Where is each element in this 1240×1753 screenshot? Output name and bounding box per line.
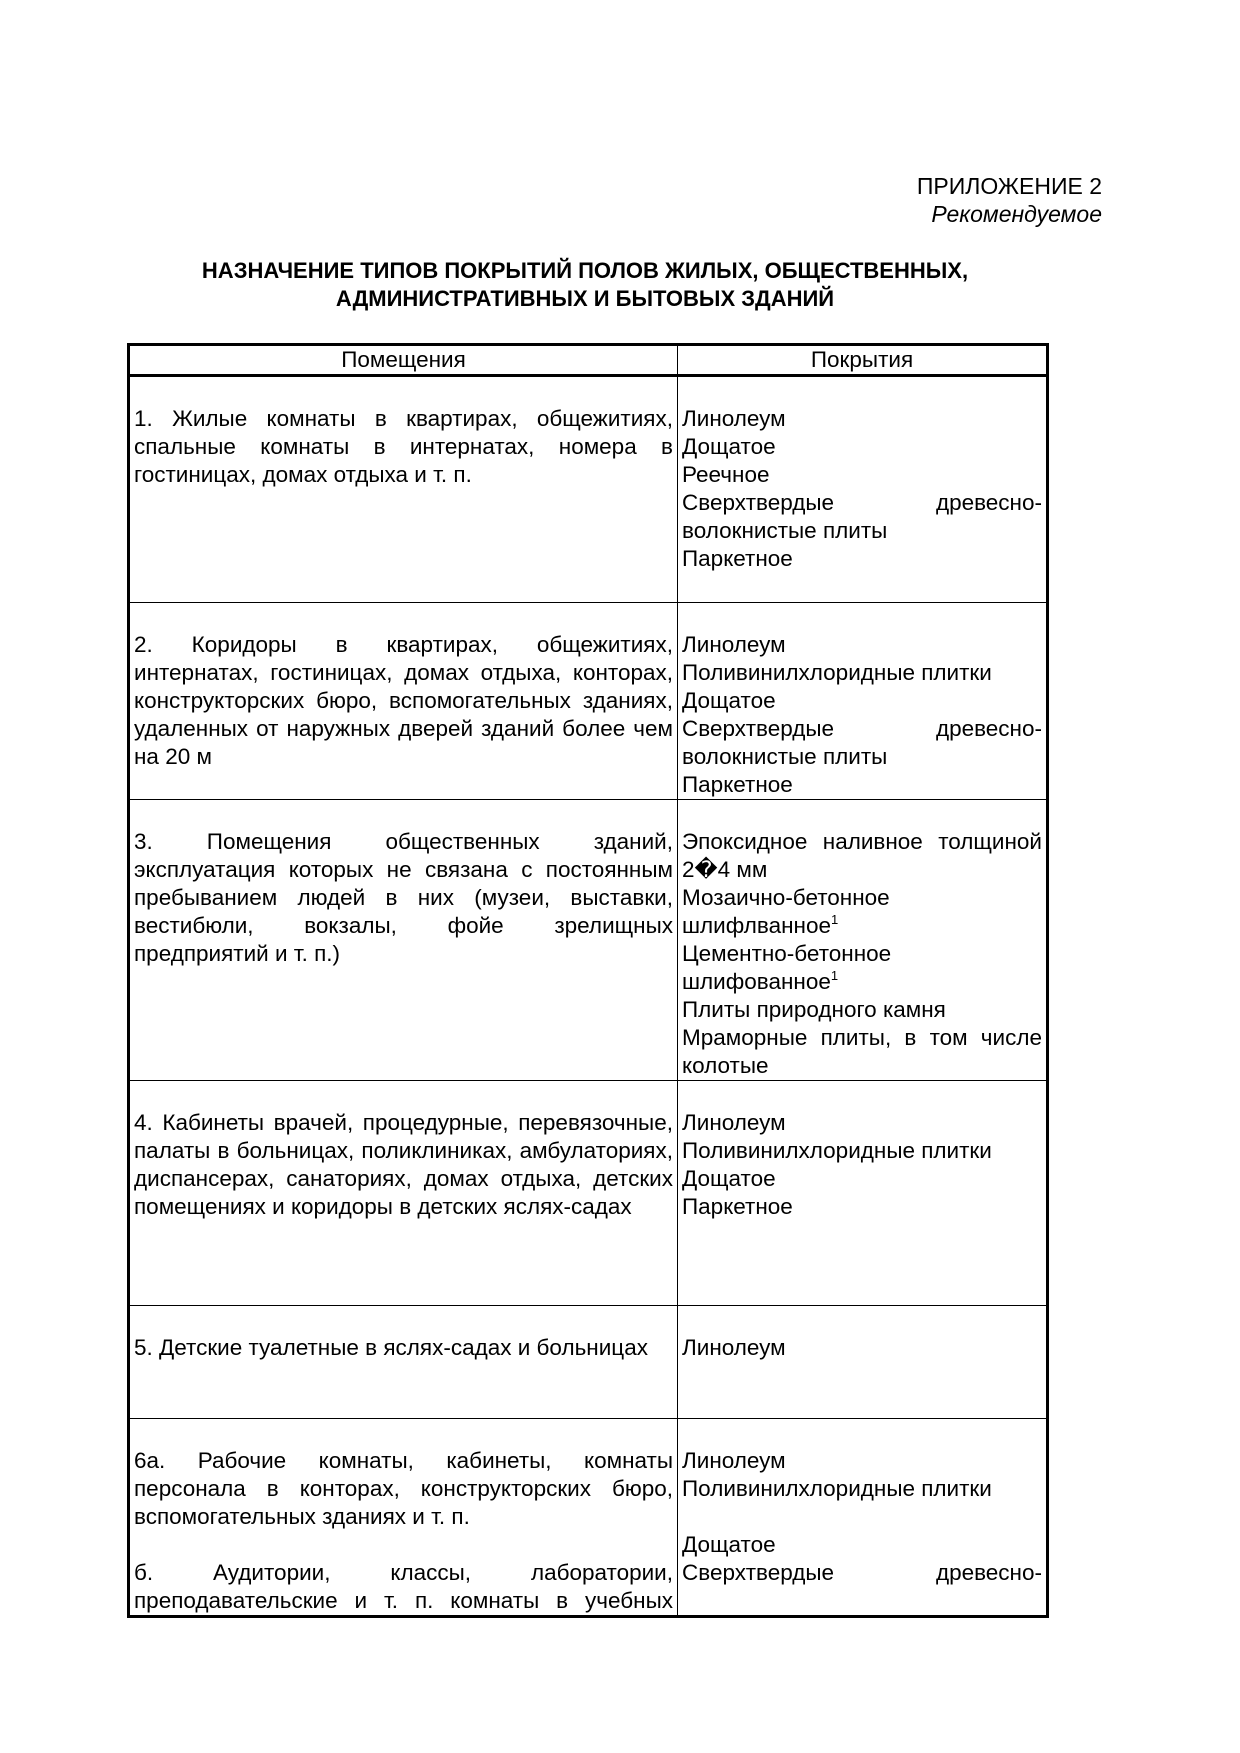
covering-item: Линолеум (682, 1109, 1042, 1137)
coverings-cell: Линолеум Поливинилхлоридные плитки Дощат… (678, 603, 1048, 800)
covering-item: Линолеум (682, 1334, 1042, 1362)
covering-item: Линолеум (682, 1447, 1042, 1475)
covering-item: Линолеум (682, 405, 1042, 433)
footnote-mark: 1 (831, 912, 838, 927)
coverings-cell: Эпоксидное наливное толщиной 2�4 мм Моза… (678, 800, 1048, 1081)
rooms-cell: 2. Коридоры в квартирах, общежитиях, инт… (129, 603, 678, 800)
covering-item: Паркетное (682, 771, 1042, 799)
column-header-coverings: Покрытия (678, 345, 1048, 376)
covering-item: Паркетное (682, 1193, 1042, 1221)
covering-text: Мозаично-бетонное шлифлванное (682, 885, 890, 938)
rooms-cell: 4. Кабинеты врачей, процедурные, перевяз… (129, 1081, 678, 1306)
paragraph-gap (682, 1503, 1042, 1531)
covering-item: Дощатое (682, 687, 1042, 715)
covering-item: Мраморные плиты, в том числе колотые (682, 1024, 1042, 1080)
table-row: 4. Кабинеты врачей, процедурные, перевяз… (129, 1081, 1048, 1306)
coverings-cell: Линолеум Поливинилхлоридные плитки Дощат… (678, 1081, 1048, 1306)
table-row: 6а. Рабочие комнаты, кабинеты, комнаты п… (129, 1419, 1048, 1617)
table-row: 3. Помещения общественных зданий, эксплу… (129, 800, 1048, 1081)
title-line-2: АДМИНИСТРАТИВНЫХ И БЫТОВЫХ ЗДАНИЙ (127, 285, 1043, 313)
coverings-cell: Линолеум Поливинилхлоридные плитки Дощат… (678, 1419, 1048, 1617)
covering-item: Поливинилхлоридные плитки (682, 1475, 1042, 1503)
paragraph-gap (134, 1531, 673, 1559)
appendix-header: ПРИЛОЖЕНИЕ 2 Рекомендуемое (917, 172, 1102, 228)
rooms-text-a: 6а. Рабочие комнаты, кабинеты, комнаты п… (134, 1447, 673, 1531)
title-line-1: НАЗНАЧЕНИЕ ТИПОВ ПОКРЫТИЙ ПОЛОВ ЖИЛЫХ, О… (127, 257, 1043, 285)
table-header-row: Помещения Покрытия (129, 345, 1048, 376)
covering-item: Цементно-бетонное шлифованное1 (682, 940, 1042, 996)
rooms-cell: 5. Детские туалетные в яслях-садах и бол… (129, 1306, 678, 1419)
covering-item: Линолеум (682, 631, 1042, 659)
floor-coverings-table: Помещения Покрытия 1. Жилые комнаты в кв… (127, 343, 1049, 1618)
covering-item: Плиты природного камня (682, 996, 1042, 1024)
coverings-cell: Линолеум (678, 1306, 1048, 1419)
covering-item: Дощатое (682, 1531, 1042, 1559)
covering-item: Эпоксидное наливное толщиной 2�4 мм (682, 828, 1042, 884)
table-row: 2. Коридоры в квартирах, общежитиях, инт… (129, 603, 1048, 800)
table-row: 5. Детские туалетные в яслях-садах и бол… (129, 1306, 1048, 1419)
document-title: НАЗНАЧЕНИЕ ТИПОВ ПОКРЫТИЙ ПОЛОВ ЖИЛЫХ, О… (127, 257, 1043, 313)
coverings-cell: Линолеум Дощатое Реечное Сверхтвердые др… (678, 376, 1048, 603)
appendix-label: ПРИЛОЖЕНИЕ 2 (917, 172, 1102, 200)
rooms-text-b: б. Аудитории, классы, лаборатории, препо… (134, 1559, 673, 1615)
covering-item: Сверхтвердые древесно-волокнистые плиты (682, 715, 1042, 771)
table-row: 1. Жилые комнаты в квартирах, общежитиях… (129, 376, 1048, 603)
appendix-status: Рекомендуемое (917, 200, 1102, 228)
covering-item: Дощатое (682, 1165, 1042, 1193)
rooms-cell: 6а. Рабочие комнаты, кабинеты, комнаты п… (129, 1419, 678, 1617)
covering-item: Поливинилхлоридные плитки (682, 1137, 1042, 1165)
rooms-cell: 1. Жилые комнаты в квартирах, общежитиях… (129, 376, 678, 603)
rooms-cell: 3. Помещения общественных зданий, эксплу… (129, 800, 678, 1081)
footnote-mark: 1 (831, 968, 838, 983)
covering-item: Дощатое (682, 433, 1042, 461)
covering-item: Сверхтвердые древесно-волокнистые плиты (682, 489, 1042, 545)
covering-item: Паркетное (682, 545, 1042, 573)
covering-item: Реечное (682, 461, 1042, 489)
covering-item: Мозаично-бетонное шлифлванное1 (682, 884, 1042, 940)
covering-item: Сверхтвердые древесно- (682, 1559, 1042, 1587)
covering-text: Цементно-бетонное шлифованное (682, 941, 891, 994)
covering-item: Поливинилхлоридные плитки (682, 659, 1042, 687)
column-header-rooms: Помещения (129, 345, 678, 376)
